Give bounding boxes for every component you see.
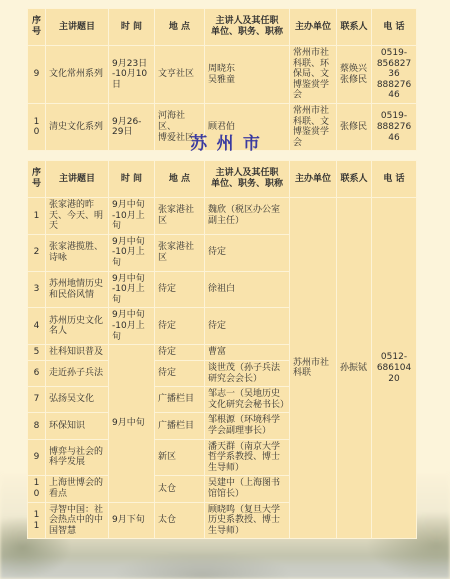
cell-no: 9 <box>28 440 45 476</box>
header-place: 地 点 <box>155 9 204 45</box>
scanned-document-page: 序 号主讲题目时 间地 点主讲人及其任职 单位、职务、职称主办单位联系人电 话9… <box>0 0 450 579</box>
cell-speaker: 待定 <box>205 235 289 271</box>
cell-contact: 蔡焕兴 张修民 <box>337 46 371 103</box>
cell-time: 9月中旬 -10月上 旬 <box>109 235 154 271</box>
cell-speaker: 魏欣（税区办公室副主任） <box>205 198 289 234</box>
header-speaker: 主讲人及其任职 单位、职务、职称 <box>205 161 289 197</box>
cell-topic: 上海世博会的看点 <box>46 476 108 501</box>
cell-place: 张家港社区 <box>155 198 204 234</box>
cell-place: 广播栏目 <box>155 387 204 412</box>
cell-place: 广播栏目 <box>155 413 204 438</box>
cell-organizer: 苏州市社科联 <box>290 198 336 538</box>
cell-topic: 环保知识 <box>46 413 108 438</box>
cell-organizer: 常州市社科联、环保局、文博鉴赏学会 <box>290 46 336 103</box>
cell-speaker: 邹根源（环境科学学会副理事长） <box>205 413 289 438</box>
cell-topic: 走近孙子兵法 <box>46 361 108 386</box>
cell-no: 9 <box>28 46 45 103</box>
cell-topic: 文化常州系列 <box>46 46 108 103</box>
cell-place: 文亨社区 <box>155 46 204 103</box>
header-place: 地 点 <box>155 161 204 197</box>
cell-speaker: 曹富 <box>205 345 289 360</box>
header-row: 序 号主讲题目时 间地 点主讲人及其任职 单位、职务、职称主办单位联系人电 话 <box>28 161 416 197</box>
cell-speaker: 待定 <box>205 308 289 344</box>
cell-no: 7 <box>28 387 45 412</box>
cell-place: 待定 <box>155 272 204 308</box>
cell-no: 2 <box>28 235 45 271</box>
cell-topic: 弘扬吴文化 <box>46 387 108 412</box>
cell-time: 9月中旬 <box>109 345 154 501</box>
cell-time: 9月中旬 -10月上 旬 <box>109 308 154 344</box>
cell-speaker: 吴建中（上海图书馆馆长） <box>205 476 289 501</box>
header-row: 序 号主讲题目时 间地 点主讲人及其任职 单位、职务、职称主办单位联系人电 话 <box>28 9 416 45</box>
cell-contact: 孙振铽 <box>337 198 371 538</box>
cell-no: 3 <box>28 272 45 308</box>
cell-speaker: 徐祖白 <box>205 272 289 308</box>
header-time: 时 间 <box>109 9 154 45</box>
cell-no: 1 <box>28 198 45 234</box>
cell-topic: 寻智中国：社会热点中的中国智慧 <box>46 503 108 539</box>
table-row: 1张家港的昨天、今天、明天9月中旬 -10月上 旬张家港社区魏欣（税区办公室副主… <box>28 198 416 234</box>
cell-topic: 社科知识普及 <box>46 345 108 360</box>
cell-place: 新区 <box>155 440 204 476</box>
header-no: 序 号 <box>28 9 45 45</box>
cell-topic: 张家港的昨天、今天、明天 <box>46 198 108 234</box>
header-organizer: 主办单位 <box>290 161 336 197</box>
header-contact: 联系人 <box>337 161 371 197</box>
cell-place: 待定 <box>155 308 204 344</box>
header-phone: 电 话 <box>372 161 416 197</box>
cell-speaker: 顾晓鸣（复旦大学历史系教授、博士生导师） <box>205 503 289 539</box>
cell-place: 太仓 <box>155 476 204 501</box>
cell-topic: 苏州历史文化名人 <box>46 308 108 344</box>
header-topic: 主讲题目 <box>46 9 108 45</box>
cell-time: 9月下旬 <box>109 503 154 539</box>
cell-time: 9月中旬 -10月上 旬 <box>109 272 154 308</box>
header-speaker: 主讲人及其任职 单位、职务、职称 <box>205 9 289 45</box>
cell-no: 6 <box>28 361 45 386</box>
cell-topic: 博弈与社会的科学发展 <box>46 440 108 476</box>
cell-no: 8 <box>28 413 45 438</box>
header-contact: 联系人 <box>337 9 371 45</box>
cell-speaker: 潘天群（南京大学哲学系教授、博士生导师） <box>205 440 289 476</box>
header-organizer: 主办单位 <box>290 9 336 45</box>
header-phone: 电 话 <box>372 9 416 45</box>
cell-no: 5 <box>28 345 45 360</box>
cell-no: 11 <box>28 503 45 539</box>
cell-place: 张家港社区 <box>155 235 204 271</box>
cell-speaker: 周晓东 吴雅童 <box>205 46 289 103</box>
cell-time: 9月23日 -10月10 日 <box>109 46 154 103</box>
cell-no: 4 <box>28 308 45 344</box>
cell-time: 9月中旬 -10月上 旬 <box>109 198 154 234</box>
header-time: 时 间 <box>109 161 154 197</box>
city-section-title: 苏州市 <box>0 129 450 154</box>
header-no: 序 号 <box>28 161 45 197</box>
cell-topic: 苏州地情历史和民俗风情 <box>46 272 108 308</box>
cell-speaker: 谈世茂（孙子兵法研究会会长） <box>205 361 289 386</box>
cell-topic: 张家港揽胜、诗咏 <box>46 235 108 271</box>
header-topic: 主讲题目 <box>46 161 108 197</box>
table-row: 9文化常州系列9月23日 -10月10 日文亨社区周晓东 吴雅童常州市社科联、环… <box>28 46 416 103</box>
cell-place: 太仓 <box>155 503 204 539</box>
cell-speaker: 邹志一（吴地历史文化研究会秘书长） <box>205 387 289 412</box>
suzhou-lecture-table: 序 号主讲题目时 间地 点主讲人及其任职 单位、职务、职称主办单位联系人电 话1… <box>27 160 417 539</box>
cell-phone: 0519- 85682736 88827646 <box>372 46 416 103</box>
cell-place: 待定 <box>155 361 204 386</box>
cell-no: 10 <box>28 476 45 501</box>
cell-place: 待定 <box>155 345 204 360</box>
cell-phone: 0512- 68610420 <box>372 198 416 538</box>
